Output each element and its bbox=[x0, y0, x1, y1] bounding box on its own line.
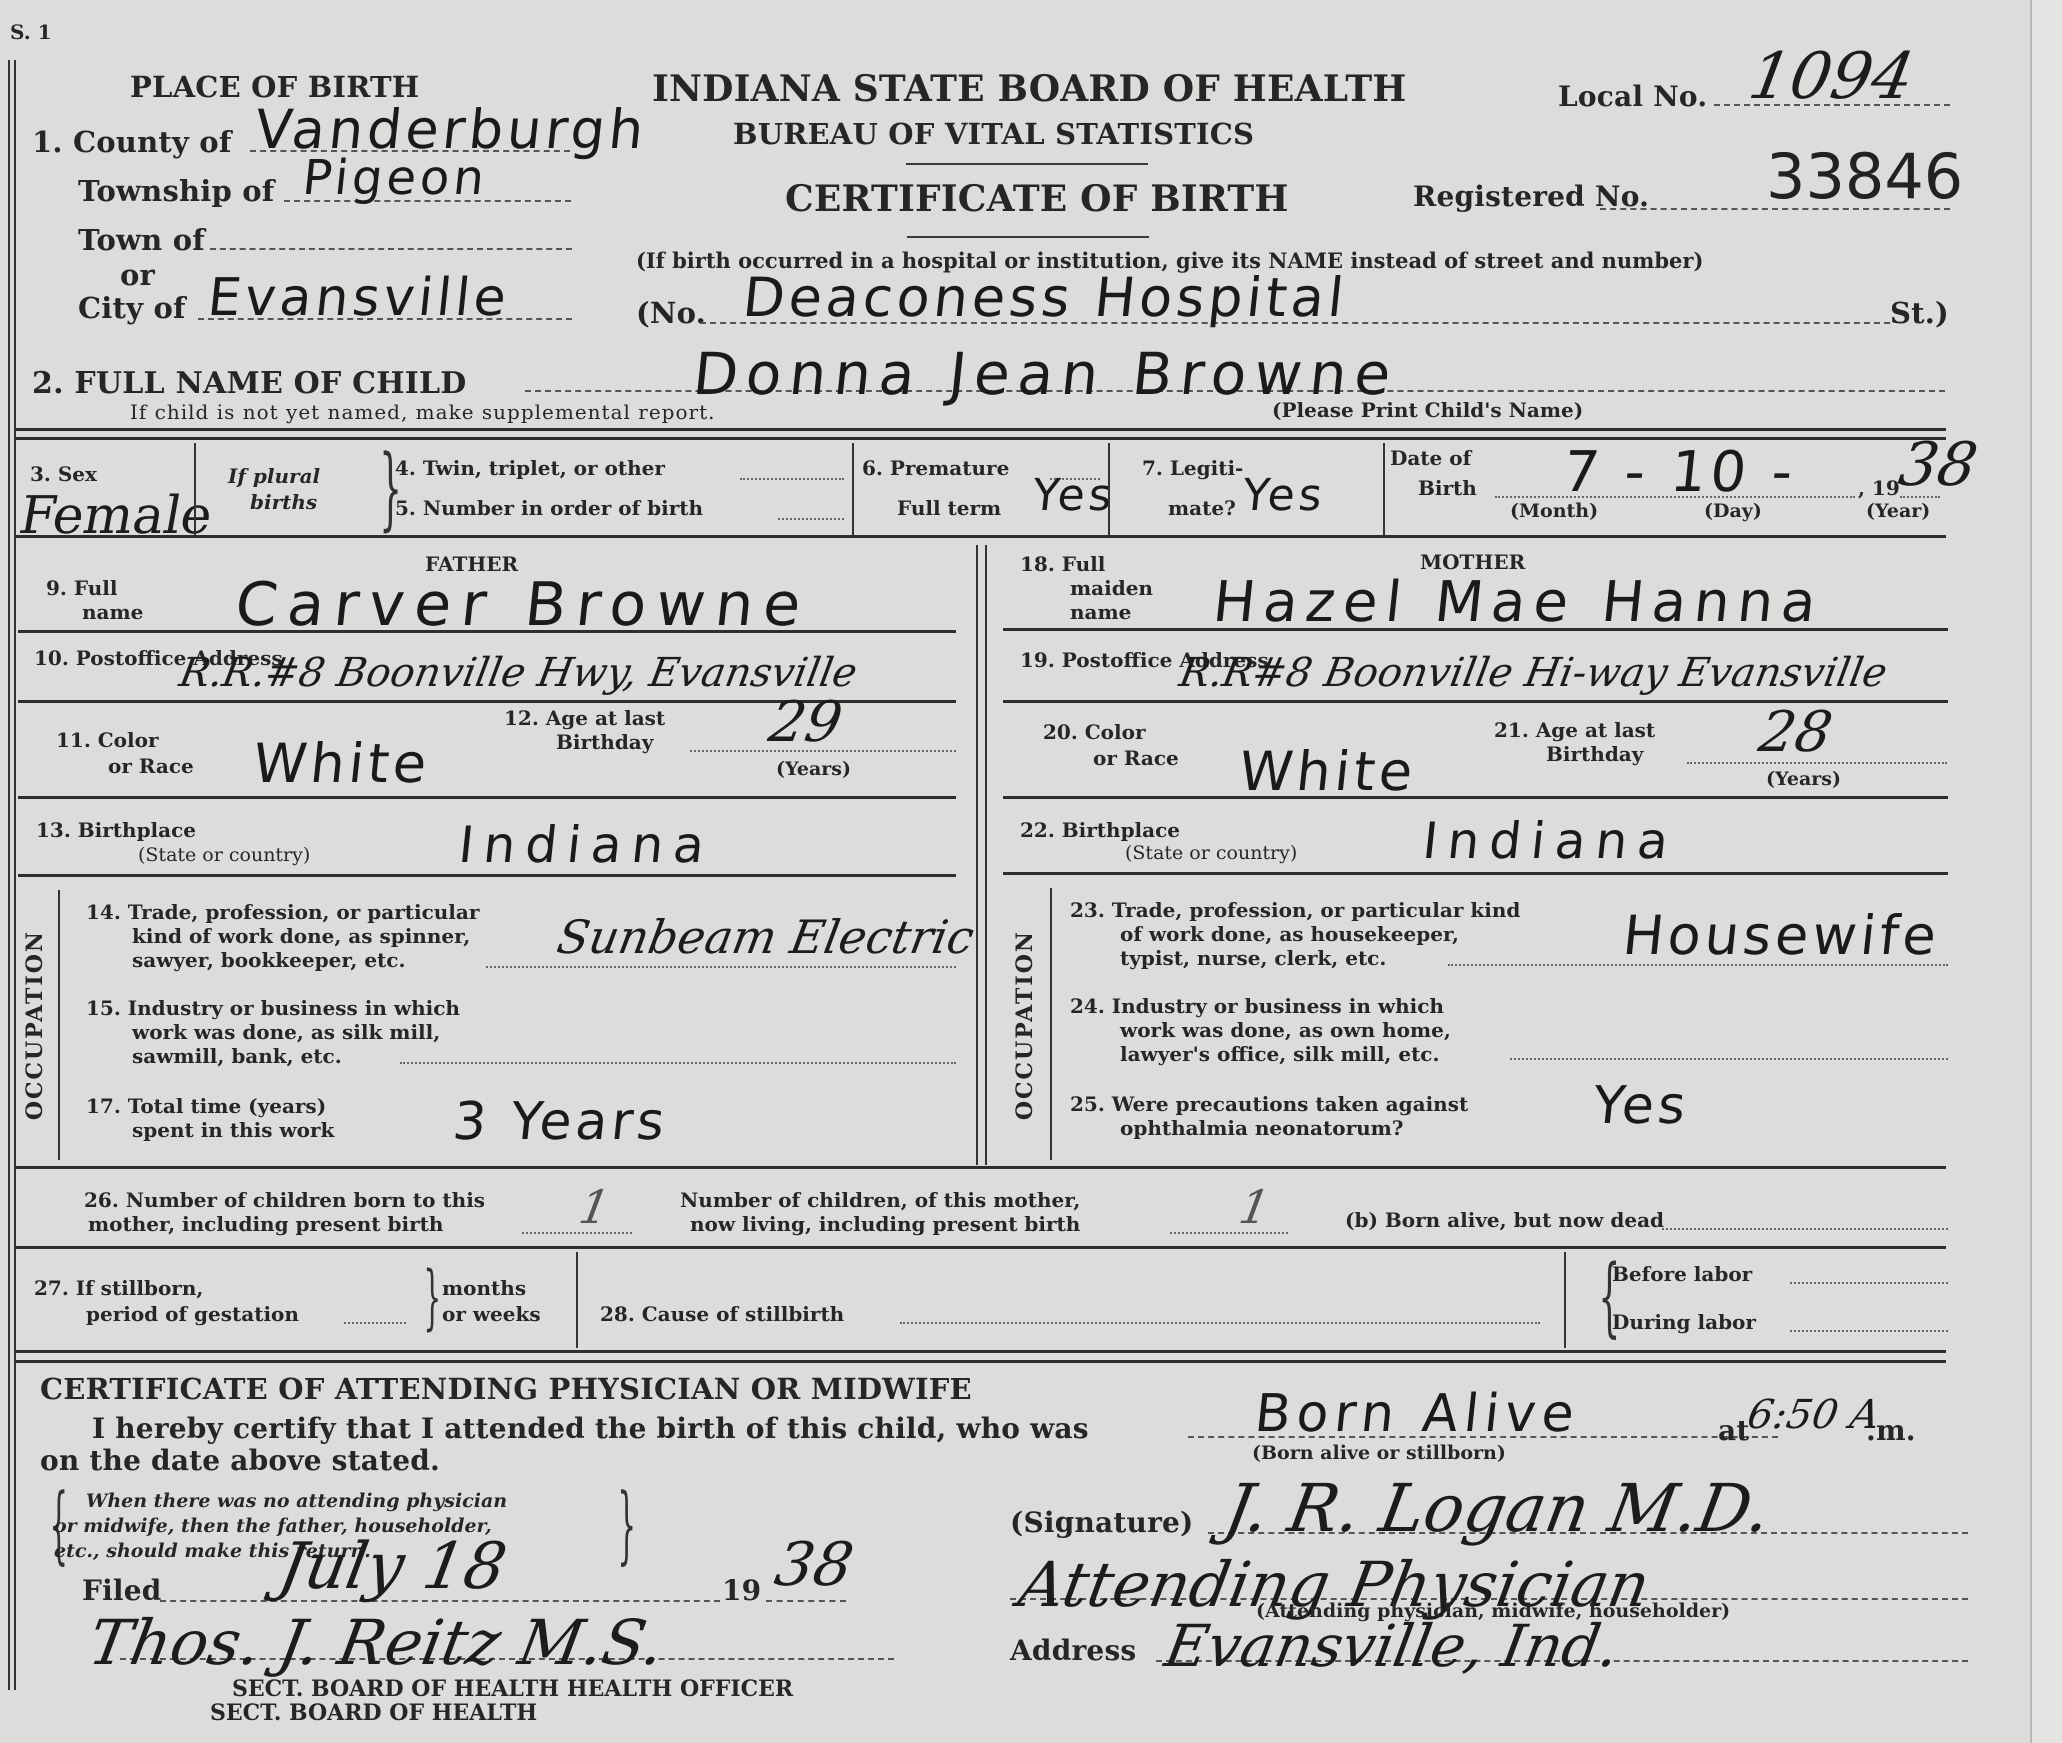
sex-label: 3. Sex bbox=[30, 462, 97, 486]
city-label: City of bbox=[78, 291, 186, 325]
father-time-label-1: 17. Total time (years) bbox=[86, 1094, 326, 1118]
divider-stillbirth bbox=[576, 1252, 578, 1348]
birth-time-suffix: .m. bbox=[1866, 1414, 1916, 1447]
town-label: Town of bbox=[78, 223, 205, 257]
mother-race-label-1: 20. Color bbox=[1043, 720, 1146, 744]
mother-age-value: 28 bbox=[1754, 700, 1837, 765]
county-label: 1. County of bbox=[32, 125, 232, 159]
mother-birthplace-label: 22. Birthplace bbox=[1020, 818, 1180, 842]
rule-1 bbox=[16, 428, 1946, 431]
signature-label: (Signature) bbox=[1010, 1506, 1194, 1539]
father-rule-1 bbox=[18, 630, 956, 633]
father-rule-3 bbox=[18, 796, 956, 799]
mother-industry-label-2: work was done, as own home, bbox=[1120, 1018, 1451, 1042]
signature-value: J. R. Logan M.D. bbox=[1219, 1470, 1776, 1547]
mother-trade-label-3: typist, nurse, clerk, etc. bbox=[1120, 946, 1386, 970]
mother-address-value: R.R#8 Boonville Hi-way Evansville bbox=[1176, 650, 1891, 696]
rule-2 bbox=[16, 535, 1946, 538]
during-labor-label: During labor bbox=[1612, 1310, 1756, 1334]
before-labor-label: Before labor bbox=[1612, 1262, 1752, 1286]
children-living-line bbox=[1170, 1232, 1288, 1234]
address-value: Evansville, Ind. bbox=[1160, 1612, 1624, 1680]
cause-label: 28. Cause of stillbirth bbox=[600, 1302, 844, 1326]
dob-month-day: 7 - 10 - bbox=[1560, 440, 1800, 505]
premature-label: 6. Premature bbox=[862, 456, 1009, 480]
mother-name-label-2: maiden bbox=[1070, 576, 1153, 600]
legit-label-2: mate? bbox=[1168, 496, 1236, 520]
dob-label-1: Date of bbox=[1390, 446, 1471, 470]
divider-dob bbox=[1383, 443, 1385, 535]
center-divider-b bbox=[985, 545, 987, 1165]
mother-age-label-1: 21. Age at last bbox=[1494, 718, 1655, 742]
mother-race-value: White bbox=[1236, 740, 1420, 803]
father-trade-line bbox=[486, 966, 956, 968]
father-age-label-2: Birthday bbox=[556, 730, 653, 754]
twin-label: 4. Twin, triplet, or other bbox=[395, 456, 665, 480]
legit-label-1: 7. Legiti- bbox=[1142, 456, 1243, 480]
street-suffix: St.) bbox=[1890, 296, 1949, 330]
center-divider-a bbox=[976, 545, 978, 1165]
full-term-label: Full term bbox=[897, 496, 1001, 520]
father-occupation-divider bbox=[58, 890, 60, 1160]
plural-label-1: If plural bbox=[228, 464, 320, 488]
town-line bbox=[210, 248, 572, 250]
note-brace-right: } bbox=[617, 1482, 636, 1566]
mother-age-label-2: Birthday bbox=[1546, 742, 1643, 766]
mother-birthplace-value: Indiana bbox=[1420, 812, 1681, 870]
city-value: Evansville bbox=[205, 268, 513, 328]
father-name-label-2: name bbox=[82, 600, 143, 624]
full-term-value: Yes bbox=[1030, 470, 1118, 521]
scan-edge bbox=[2030, 0, 2062, 1743]
officer-caption-2: SECT. BOARD OF HEALTH bbox=[210, 1700, 537, 1726]
mother-name-label-1: 18. Full bbox=[1020, 552, 1105, 576]
filed-label: Filed bbox=[82, 1574, 162, 1607]
father-race-label-2: or Race bbox=[108, 754, 194, 778]
mother-years-caption: (Years) bbox=[1766, 768, 1841, 790]
father-trade-label-3: sawyer, bookkeeper, etc. bbox=[132, 948, 405, 972]
father-age-value: 29 bbox=[764, 690, 847, 755]
officer-signature: Thos. J. Reitz M.S. bbox=[84, 1606, 670, 1679]
address-label: Address bbox=[1010, 1634, 1136, 1667]
mother-industry-line bbox=[1510, 1058, 1948, 1060]
dob-month-caption: (Month) bbox=[1510, 500, 1598, 522]
dob-year: 38 bbox=[1894, 430, 1983, 500]
certify-text: I hereby certify that I attended the bir… bbox=[92, 1412, 1089, 1445]
filed-year-line bbox=[766, 1600, 846, 1602]
print-note: (Please Print Child's Name) bbox=[1272, 398, 1583, 422]
father-name-label-1: 9. Full bbox=[46, 576, 117, 600]
father-occupation-side-label: OCCUPATION bbox=[22, 930, 48, 1120]
father-time-label-2: spent in this work bbox=[132, 1118, 334, 1142]
mother-precautions-label-1: 25. Were precautions taken against bbox=[1070, 1092, 1468, 1116]
father-industry-line bbox=[400, 1062, 956, 1064]
street-value: Deaconess Hospital bbox=[740, 266, 1350, 329]
dob-day-caption: (Day) bbox=[1704, 500, 1762, 522]
or-label: or bbox=[120, 258, 155, 292]
divider-labor bbox=[1564, 1252, 1566, 1348]
mother-trade-label-2: of work done, as housekeeper, bbox=[1120, 922, 1459, 946]
mother-precautions-value: Yes bbox=[1590, 1076, 1692, 1136]
father-time-value: 3 Years bbox=[450, 1092, 671, 1152]
birth-time-value: 6:50 A bbox=[1744, 1392, 1884, 1438]
father-trade-label-2: kind of work done, as spinner, bbox=[132, 924, 470, 948]
mother-occupation-divider bbox=[1050, 888, 1052, 1160]
mother-trade-value: Housewife bbox=[1620, 904, 1943, 967]
mother-precautions-label-2: ophthalmia neonatorum? bbox=[1120, 1116, 1404, 1140]
father-trade-label-1: 14. Trade, profession, or particular bbox=[86, 900, 479, 924]
father-race-value: White bbox=[250, 732, 434, 795]
father-birthplace-label: 13. Birthplace bbox=[36, 818, 196, 842]
cause-line bbox=[900, 1322, 1540, 1324]
mother-rule-1 bbox=[1003, 628, 1948, 631]
local-no-label: Local No. bbox=[1558, 80, 1707, 113]
local-no-value: 1094 bbox=[1743, 40, 1919, 114]
left-border-inner bbox=[14, 60, 16, 1690]
rule-5b bbox=[16, 1360, 1946, 1363]
title-rule-bottom bbox=[907, 236, 1149, 238]
form-code: S. 1 bbox=[10, 20, 52, 44]
plural-label-2: births bbox=[250, 490, 317, 514]
township-label: Township of bbox=[78, 174, 274, 208]
note-line-1: When there was no attending physician bbox=[86, 1490, 507, 1512]
left-border-outer bbox=[8, 60, 10, 1690]
certificate-title: CERTIFICATE OF BIRTH bbox=[785, 178, 1289, 220]
gestation-brace: } bbox=[423, 1262, 441, 1332]
father-industry-label-2: work was done, as silk mill, bbox=[132, 1020, 440, 1044]
status-caption: (Born alive or stillborn) bbox=[1252, 1442, 1506, 1464]
officer-caption-1: SECT. BOARD OF HEALTH HEALTH OFFICER bbox=[232, 1676, 793, 1702]
order-label: 5. Number in order of birth bbox=[395, 496, 703, 520]
title-rule-top bbox=[906, 163, 1148, 165]
dob-label-2: Birth bbox=[1418, 476, 1477, 500]
child-name-note: If child is not yet named, make suppleme… bbox=[130, 400, 715, 424]
during-labor-line bbox=[1790, 1330, 1948, 1332]
street-prefix: (No. bbox=[636, 296, 706, 330]
father-birthplace-value: Indiana bbox=[456, 816, 717, 874]
father-birthplace-sub: (State or country) bbox=[138, 844, 310, 866]
before-labor-line bbox=[1790, 1282, 1948, 1284]
children-born-label-1: 26. Number of children born to this bbox=[84, 1188, 485, 1212]
gestation-unit-2: or weeks bbox=[442, 1302, 541, 1326]
father-years-caption: (Years) bbox=[776, 758, 851, 780]
agency-title: INDIANA STATE BOARD OF HEALTH bbox=[652, 68, 1407, 110]
divider-premature bbox=[852, 443, 854, 535]
children-dead-line bbox=[1662, 1228, 1948, 1230]
dob-year-caption: (Year) bbox=[1866, 500, 1930, 522]
father-race-label-1: 11. Color bbox=[56, 728, 159, 752]
gestation-line bbox=[344, 1322, 406, 1324]
father-industry-label-3: sawmill, bank, etc. bbox=[132, 1044, 342, 1068]
legitimate-value: Yes bbox=[1240, 470, 1328, 521]
children-dead-label: (b) Born alive, but now dead bbox=[1345, 1208, 1664, 1232]
twin-line bbox=[740, 478, 844, 480]
filed-year: 38 bbox=[770, 1530, 859, 1600]
children-living-label-1: Number of children, of this mother, bbox=[680, 1188, 1080, 1212]
township-value: Pigeon bbox=[300, 150, 491, 206]
mother-name-label-3: name bbox=[1070, 600, 1131, 624]
mother-trade-label-1: 23. Trade, profession, or particular kin… bbox=[1070, 898, 1520, 922]
father-rule-4 bbox=[18, 874, 956, 877]
rule-3 bbox=[16, 1166, 1946, 1169]
children-born-label-2: mother, including present birth bbox=[88, 1212, 443, 1236]
mother-birthplace-sub: (State or country) bbox=[1125, 842, 1297, 864]
filed-year-prefix: 19 bbox=[722, 1574, 761, 1607]
father-industry-label-1: 15. Industry or business in which bbox=[86, 996, 460, 1020]
certify-text-2: on the date above stated. bbox=[40, 1444, 440, 1477]
mother-industry-label-1: 24. Industry or business in which bbox=[1070, 994, 1444, 1018]
registered-no-value: 33846 bbox=[1766, 140, 1963, 213]
divider-sex bbox=[194, 443, 196, 535]
mother-race-label-2: or Race bbox=[1093, 746, 1179, 770]
father-address-value: R.R.#8 Boonville Hwy, Evansville bbox=[176, 650, 861, 696]
bureau-title: BUREAU OF VITAL STATISTICS bbox=[733, 117, 1254, 151]
divider-legit bbox=[1108, 443, 1110, 535]
child-name-label: 2. FULL NAME OF CHILD bbox=[32, 366, 467, 401]
mother-name-value: Hazel Mae Hanna bbox=[1210, 570, 1827, 635]
gestation-label-2: period of gestation bbox=[86, 1302, 299, 1326]
physician-heading: CERTIFICATE OF ATTENDING PHYSICIAN OR MI… bbox=[40, 1372, 972, 1406]
mother-rule-4 bbox=[1003, 872, 1948, 875]
rule-5 bbox=[16, 1350, 1946, 1353]
status-value: Born Alive bbox=[1252, 1384, 1583, 1444]
children-living-label-2: now living, including present birth bbox=[690, 1212, 1080, 1236]
mother-occupation-side-label: OCCUPATION bbox=[1012, 930, 1038, 1120]
rule-4 bbox=[16, 1246, 1946, 1249]
filed-date: July 18 bbox=[273, 1530, 511, 1604]
father-trade-value: Sunbeam Electric bbox=[553, 910, 978, 964]
mother-industry-label-3: lawyer's office, silk mill, etc. bbox=[1120, 1042, 1439, 1066]
order-line bbox=[778, 518, 844, 520]
gestation-unit-1: months bbox=[442, 1276, 526, 1300]
gestation-label-1: 27. If stillborn, bbox=[34, 1276, 203, 1300]
father-age-label-1: 12. Age at last bbox=[504, 706, 665, 730]
mother-rule-3 bbox=[1003, 796, 1948, 799]
